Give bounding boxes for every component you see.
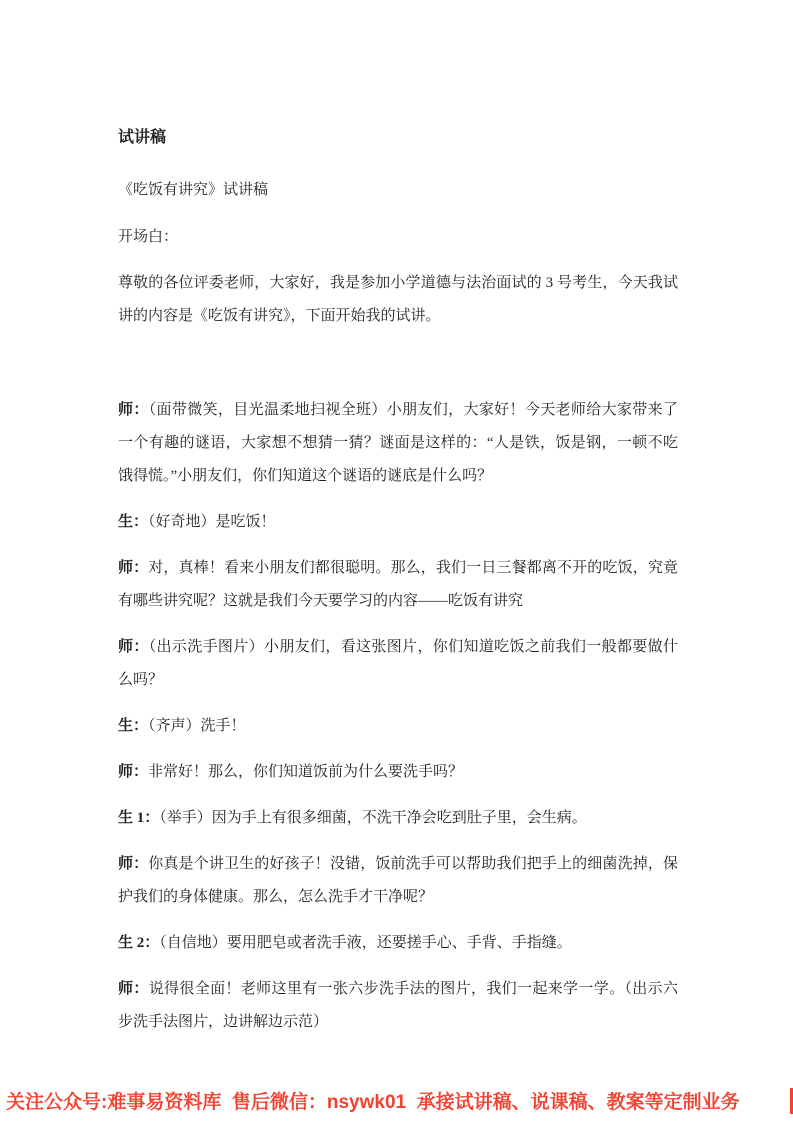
dialogue-text: （齐声）洗手！ xyxy=(148,718,246,734)
dialogue-text: 非常好！那么，你们知道饭前为什么要洗手吗？ xyxy=(148,764,463,780)
dialogue-paragraph: 生：（好奇地）是吃饭！ xyxy=(118,506,678,539)
dialogue-text: 你真是个讲卫生的好孩子！没错，饭前洗手可以帮助我们把手上的细菌洗掉，保护我们的身… xyxy=(118,856,678,905)
dialogue-paragraph: 生 2：（自信地）要用肥皂或者洗手液，还要搓手心、手背、手指缝。 xyxy=(118,927,678,960)
document-subtitle: 《吃饭有讲究》试讲稿 xyxy=(118,174,678,207)
speaker-label: 生： xyxy=(118,718,148,734)
dialogue-text: （举手）因为手上有很多细菌，不洗干净会吃到肚子里，会生病。 xyxy=(159,810,587,826)
dialogue-paragraph: 师：说得很全面！老师这里有一张六步洗手法的图片，我们一起来学一学。（出示六步洗手… xyxy=(118,973,678,1039)
opening-section-label: 开场白： xyxy=(118,221,678,254)
document-body: 试讲稿 《吃饭有讲究》试讲稿 开场白： 尊敬的各位评委老师，大家好，我是参加小学… xyxy=(118,121,678,1052)
dialogue-text: （好奇地）是吃饭！ xyxy=(148,514,276,530)
blank-line xyxy=(118,346,678,394)
dialogue-paragraph: 师：（出示洗手图片）小朋友们，看这张图片，你们知道吃饭之前我们一般都要做什么吗？ xyxy=(118,631,678,697)
speaker-label: 师： xyxy=(118,981,149,997)
document-title: 试讲稿 xyxy=(118,121,678,154)
dialogue-text: 说得很全面！老师这里有一张六步洗手法的图片，我们一起来学一学。（出示六步洗手法图… xyxy=(118,981,678,1030)
speaker-label: 生 1： xyxy=(118,810,159,826)
dialogue-text: （出示洗手图片）小朋友们，看这张图片，你们知道吃饭之前我们一般都要做什么吗？ xyxy=(118,639,678,688)
opening-paragraph: 尊敬的各位评委老师，大家好，我是参加小学道德与法治面试的 3 号考生，今天我试讲… xyxy=(118,267,678,333)
speaker-label: 师： xyxy=(118,402,149,418)
dialogue-paragraph: 师：你真是个讲卫生的好孩子！没错，饭前洗手可以帮助我们把手上的细菌洗掉，保护我们… xyxy=(118,848,678,914)
promo-footer-banner: 关注公众号:难事易资料库 售后微信：nsywk01 承接试讲稿、说课稿、教案等定… xyxy=(6,1090,788,1116)
dialogue-text: 对，真棒！看来小朋友们都很聪明。那么，我们一日三餐都离不开的吃饭，究竟有哪些讲究… xyxy=(118,560,678,609)
document-page: 试讲稿 《吃饭有讲究》试讲稿 开场白： 尊敬的各位评委老师，大家好，我是参加小学… xyxy=(0,0,793,1122)
dialogue-text: （面带微笑，目光温柔地扫视全班）小朋友们，大家好！今天老师给大家带来了一个有趣的… xyxy=(118,402,678,484)
speaker-label: 师： xyxy=(118,639,149,655)
dialogue-text: （自信地）要用肥皂或者洗手液，还要搓手心、手背、手指缝。 xyxy=(159,935,572,951)
speaker-label: 师： xyxy=(118,764,148,780)
speaker-label: 师： xyxy=(118,856,148,872)
speaker-label: 师： xyxy=(118,560,148,576)
dialogue-paragraph: 师：非常好！那么，你们知道饭前为什么要洗手吗？ xyxy=(118,756,678,789)
dialogue-paragraph: 生：（齐声）洗手！ xyxy=(118,710,678,743)
speaker-label: 生 2： xyxy=(118,935,159,951)
dialogue-paragraph: 师：（面带微笑，目光温柔地扫视全班）小朋友们，大家好！今天老师给大家带来了一个有… xyxy=(118,394,678,493)
dialogue-paragraph: 生 1：（举手）因为手上有很多细菌，不洗干净会吃到肚子里，会生病。 xyxy=(118,802,678,835)
speaker-label: 生： xyxy=(118,514,148,530)
dialogue-paragraph: 师：对，真棒！看来小朋友们都很聪明。那么，我们一日三餐都离不开的吃饭，究竟有哪些… xyxy=(118,552,678,618)
